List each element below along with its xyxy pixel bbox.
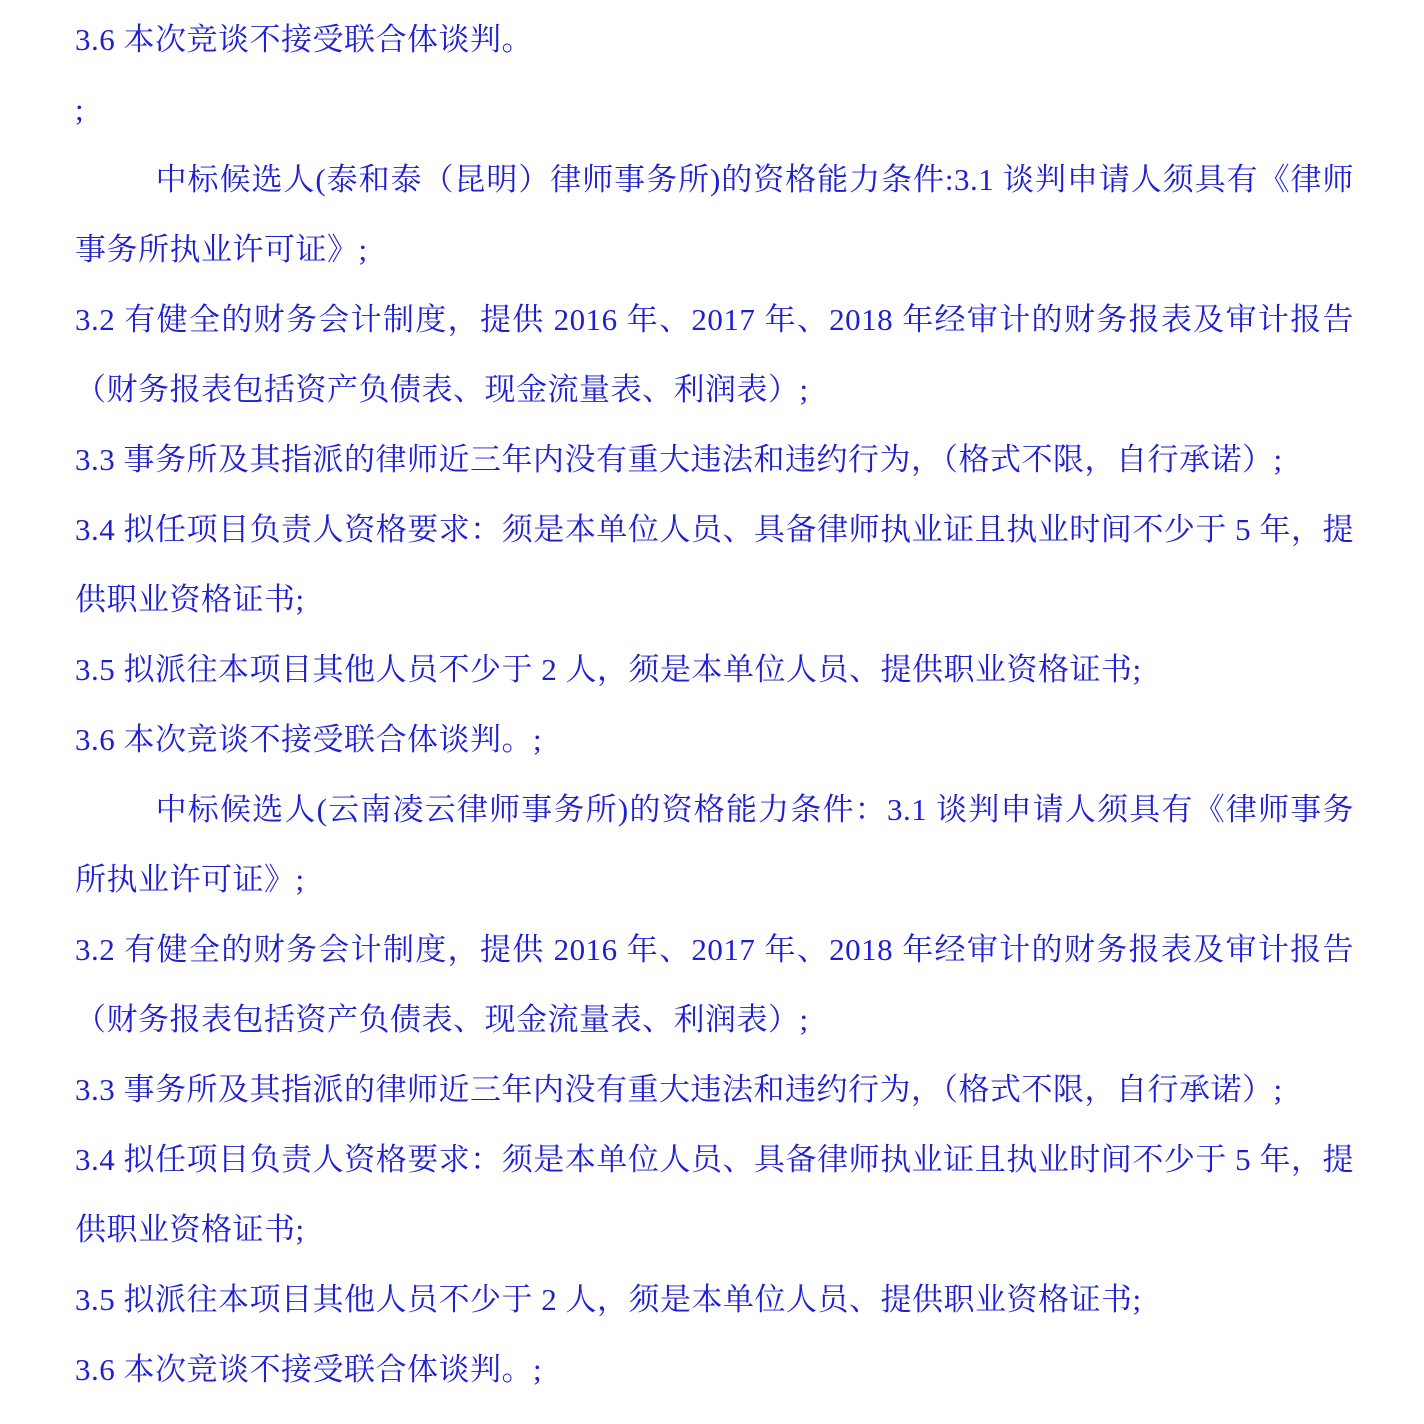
document-paragraph: 3.4 拟任项目负责人资格要求：须是本单位人员、具备律师执业证且执业时间不少于 …: [75, 495, 1354, 635]
document-paragraph: 3.6 本次竞谈不接受联合体谈判。;: [75, 1335, 1354, 1405]
document-paragraph: 3.2 有健全的财务会计制度，提供 2016 年、2017 年、2018 年经审…: [75, 915, 1354, 1055]
document-paragraph: 3.4 拟任项目负责人资格要求：须是本单位人员、具备律师执业证且执业时间不少于 …: [75, 1125, 1354, 1265]
document-paragraph: 3.6 本次竞谈不接受联合体谈判。;: [75, 705, 1354, 775]
document-paragraph: 3.3 事务所及其指派的律师近三年内没有重大违法和违约行为，（格式不限，自行承诺…: [75, 1055, 1354, 1125]
document-paragraph: 3.5 拟派往本项目其他人员不少于 2 人，须是本单位人员、提供职业资格证书;: [75, 635, 1354, 705]
document-page: 3.6 本次竞谈不接受联合体谈判。 ; 中标候选人(泰和泰（昆明）律师事务所)的…: [0, 0, 1424, 1424]
document-paragraph: 3.6 本次竞谈不接受联合体谈判。: [75, 5, 1354, 75]
document-paragraph: 中标候选人(云南凌云律师事务所)的资格能力条件：3.1 谈判申请人须具有《律师事…: [75, 775, 1354, 915]
document-paragraph: ;: [75, 75, 1354, 145]
document-paragraph: 3.3 事务所及其指派的律师近三年内没有重大违法和违约行为，（格式不限，自行承诺…: [75, 425, 1354, 495]
document-paragraph: 3.2 有健全的财务会计制度，提供 2016 年、2017 年、2018 年经审…: [75, 285, 1354, 425]
document-paragraph: 中标候选人(泰和泰（昆明）律师事务所)的资格能力条件:3.1 谈判申请人须具有《…: [75, 145, 1354, 285]
document-paragraph: 3.5 拟派往本项目其他人员不少于 2 人，须是本单位人员、提供职业资格证书;: [75, 1265, 1354, 1335]
